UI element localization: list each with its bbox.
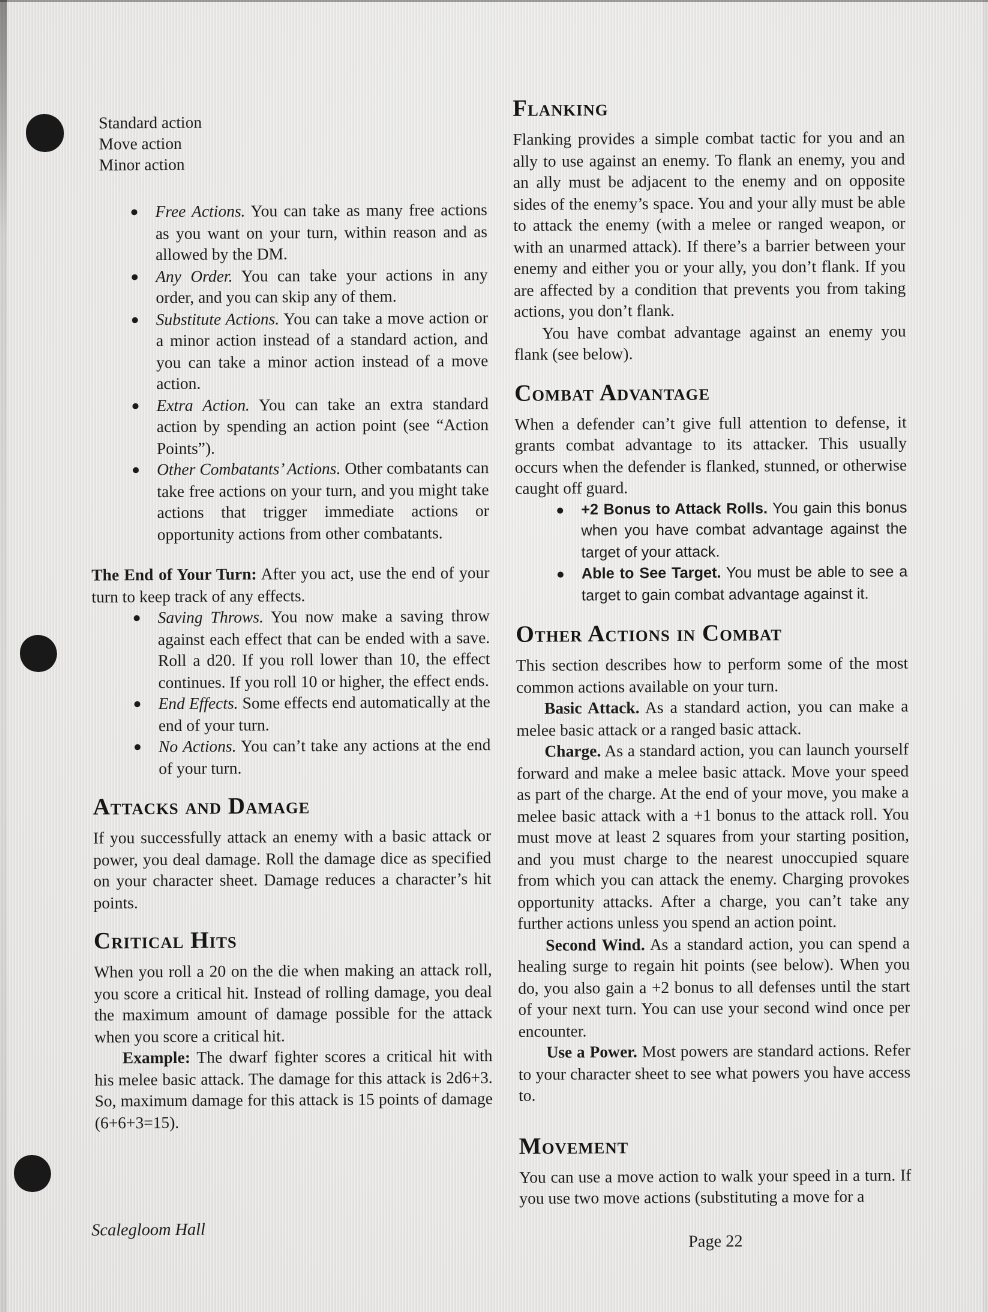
bullet-lead: End Effects. — [158, 694, 238, 713]
paragraph-flanking-advantage: You have combat advantage against an ene… — [514, 320, 906, 365]
bullet-item-any-order: Any Order. You can take your actions in … — [90, 264, 488, 309]
combat-advantage-bullet-list: +2 Bonus to Attack Rolls. You gain this … — [515, 497, 908, 607]
paragraph-charge: Charge. As a standard action, you can la… — [517, 738, 910, 934]
section-heading-movement: Movement — [519, 1131, 911, 1159]
paragraph-flanking: Flanking provides a simple combat tactic… — [513, 126, 906, 322]
bullet-item-no-actions: No Actions. You can’t take any actions a… — [92, 734, 490, 779]
action-type-list: Standard action Move action Minor action — [99, 110, 487, 175]
paragraph-critical-hits: When you roll a 20 on the die when makin… — [94, 959, 493, 1047]
paragraph-use-a-power: Use a Power. Most powers are standard ac… — [518, 1039, 910, 1106]
paragraph-lead: Second Wind. — [546, 935, 645, 955]
paragraph-lead: The End of Your Turn: — [91, 564, 256, 584]
bullet-item-attack-bonus: +2 Bonus to Attack Rolls. You gain this … — [515, 497, 907, 564]
bullet-item-other-combatants: Other Combatants’ Actions. Other combata… — [91, 457, 490, 545]
bullet-item-saving-throws: Saving Throws. You now make a saving thr… — [92, 605, 491, 693]
paragraph-lead: Basic Attack. — [544, 698, 639, 718]
paragraph-combat-advantage: When a defender can’t give full attentio… — [515, 411, 908, 499]
left-column: Standard action Move action Minor action… — [89, 110, 493, 1133]
bullet-item-end-effects: End Effects. Some effects end automatica… — [92, 691, 490, 736]
paragraph-attacks-and-damage: If you successfully attack an enemy with… — [93, 825, 492, 913]
right-column: Flanking Flanking provides a simple comb… — [513, 93, 912, 1209]
action-type-standard: Standard action — [99, 110, 487, 133]
paragraph-critical-example: Example: The dwarf fighter scores a crit… — [94, 1045, 493, 1133]
paragraph-text: As a standard action, you can launch you… — [517, 739, 910, 932]
section-heading-other-actions: Other Actions in Combat — [516, 619, 908, 647]
scanned-document-page: { "page": { "footer_left": "Scalegloom H… — [0, 0, 988, 1312]
bullet-lead: Any Order. — [156, 266, 233, 285]
bullet-item-substitute-actions: Substitute Actions. You can take a move … — [90, 307, 489, 395]
bullet-lead: Substitute Actions. — [156, 309, 279, 329]
paragraph-lead: Use a Power. — [546, 1042, 637, 1062]
page-number: Page 22 — [520, 1230, 912, 1252]
bullet-item-able-to-see-target: Able to See Target. You must be able to … — [515, 561, 907, 606]
paragraph-lead: Charge. — [545, 741, 601, 760]
paragraph-second-wind: Second Wind. As a standard action, you c… — [518, 932, 911, 1042]
section-heading-combat-advantage: Combat Advantage — [514, 378, 906, 406]
bullet-lead: No Actions. — [158, 737, 236, 756]
turn-actions-bullet-list: Free Actions. You can take as many free … — [89, 199, 489, 545]
action-type-move: Move action — [99, 131, 487, 154]
section-heading-flanking: Flanking — [513, 93, 905, 121]
section-heading-attacks-and-damage: Attacks and Damage — [93, 792, 491, 820]
paragraph-basic-attack: Basic Attack. As a standard action, you … — [516, 695, 908, 740]
paragraph-movement: You can use a move action to walk your s… — [519, 1164, 911, 1209]
bullet-lead: Free Actions. — [155, 202, 245, 222]
action-type-minor: Minor action — [99, 152, 487, 175]
bullet-lead: Saving Throws. — [158, 607, 264, 627]
bullet-lead: Other Combatants’ Actions. — [157, 459, 341, 479]
paragraph-other-actions-intro: This section describes how to perform so… — [516, 652, 908, 697]
paragraph-lead: Example: — [122, 1048, 190, 1067]
bullet-item-free-actions: Free Actions. You can take as many free … — [89, 199, 487, 266]
end-of-turn-bullet-list: Saving Throws. You now make a saving thr… — [92, 605, 491, 779]
bullet-lead: +2 Bonus to Attack Rolls. — [581, 500, 768, 518]
bullet-item-extra-action: Extra Action. You can take an extra stan… — [90, 393, 488, 460]
section-heading-critical-hits: Critical Hits — [94, 926, 492, 954]
bullet-lead: Extra Action. — [156, 395, 249, 415]
bullet-lead: Able to See Target. — [581, 565, 721, 583]
footer-book-title: Scalegloom Hall — [91, 1220, 205, 1241]
paragraph-end-of-turn: The End of Your Turn: After you act, use… — [91, 562, 489, 607]
page-content: Standard action Move action Minor action… — [0, 0, 988, 1312]
